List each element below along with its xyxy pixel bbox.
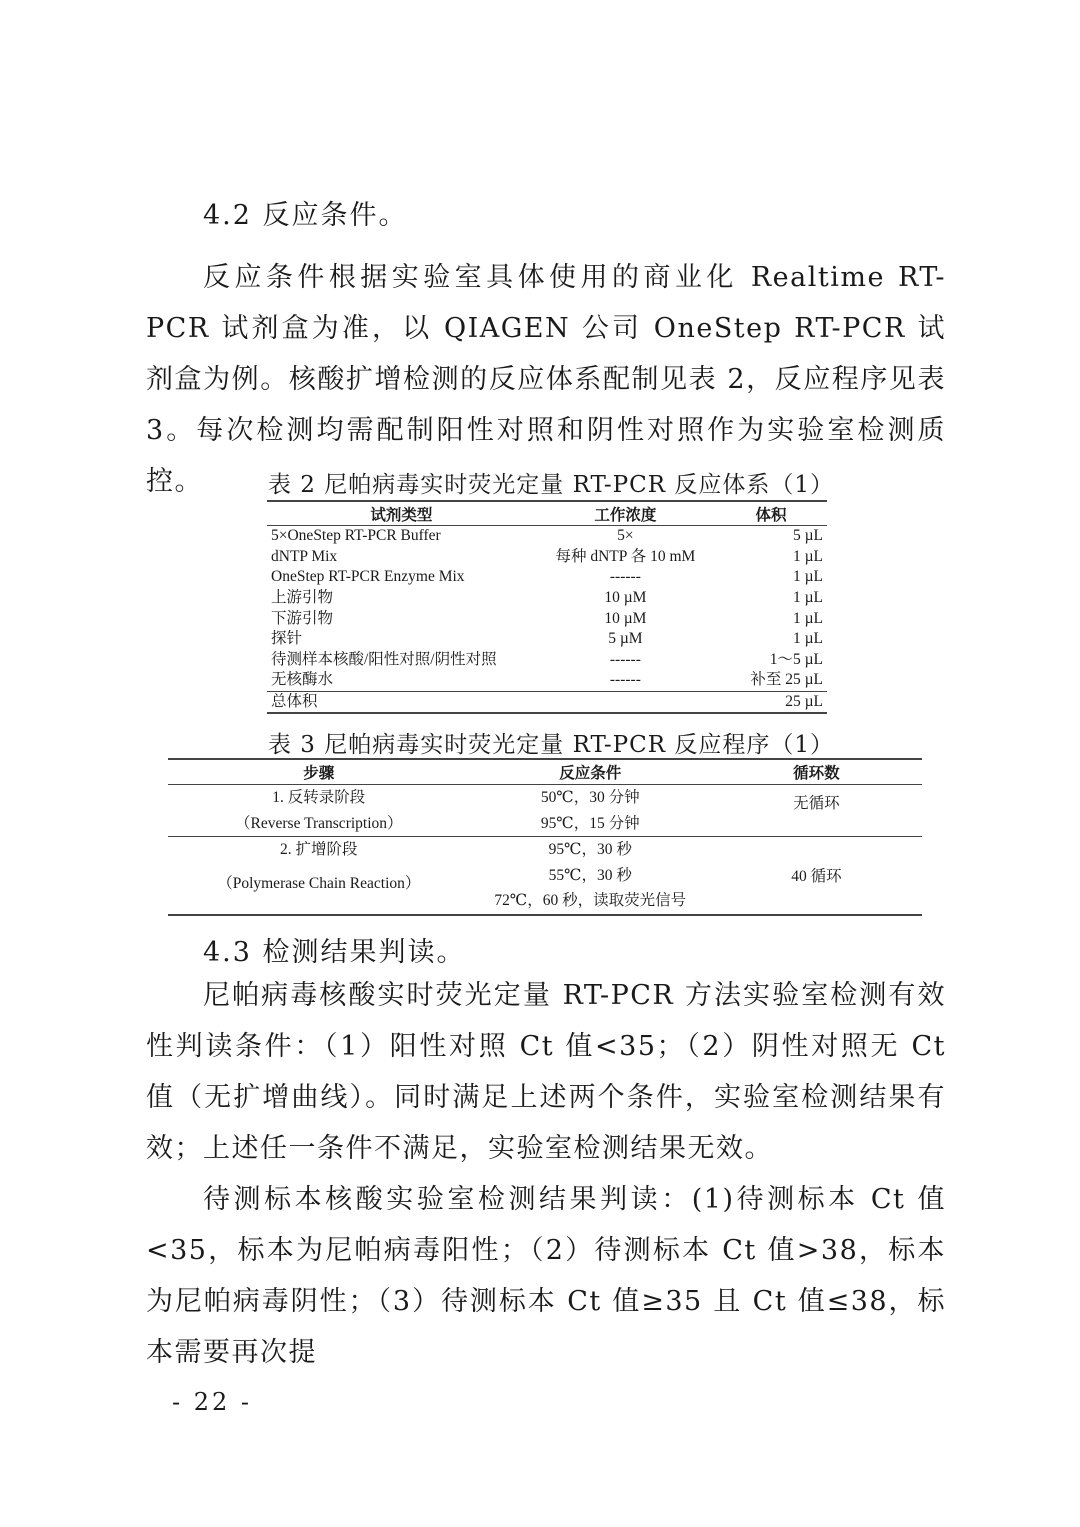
table-header-row: 试剂类型 工作浓度 体积	[267, 501, 827, 526]
table3-caption: 表 3 尼帕病毒实时荧光定量 RT-PCR 反应程序（1）	[268, 726, 834, 759]
table2-caption: 表 2 尼帕病毒实时荧光定量 RT-PCR 反应体系（1）	[268, 466, 834, 499]
column-header: 循环数	[711, 759, 922, 785]
section-heading-4-3: 4.3 检测结果判读。	[203, 930, 466, 969]
reaction-program-table: 步骤 反应条件 循环数 1. 反转录阶段 （Reverse Transcript…	[168, 758, 922, 916]
table-row: 5×OneStep RT-PCR Buffer 5× 5 µL	[267, 526, 827, 547]
column-header: 体积	[715, 501, 827, 526]
step-name: 1. 反转录阶段	[168, 785, 470, 811]
reagent-cell: 无核酶水	[267, 670, 536, 691]
volume-cell: 1 µL	[715, 547, 827, 568]
conditions-cell: 50℃，30 分钟 95℃，15 分钟	[470, 785, 711, 837]
total-label: 总体积	[267, 691, 536, 713]
condition-line: 95℃，15 分钟	[470, 811, 711, 837]
table-row: 2. 扩增阶段 （Polymerase Chain Reaction） 95℃，…	[168, 837, 922, 915]
concentration-cell: ------	[536, 567, 715, 588]
concentration-cell: 10 µM	[536, 608, 715, 629]
reagent-cell: 下游引物	[267, 608, 536, 629]
reagent-cell: 5×OneStep RT-PCR Buffer	[267, 526, 536, 547]
volume-cell: 1 µL	[715, 567, 827, 588]
section-heading-4-2: 4.2 反应条件。	[203, 193, 408, 232]
total-row: 总体积 25 µL	[267, 691, 827, 713]
volume-cell: 1 µL	[715, 588, 827, 609]
result-interpretation-paragraph: 待测标本核酸实验室检测结果判读：(1)待测标本 Ct 值<35，标本为尼帕病毒阳…	[146, 1174, 946, 1378]
condition-line: 50℃，30 分钟	[470, 785, 711, 811]
reagent-cell: 待测样本核酸/阳性对照/阴性对照	[267, 650, 536, 671]
conditions-cell: 95℃，30 秒 55℃，30 秒 72℃，60 秒，读取荧光信号	[470, 837, 711, 915]
condition-line: 72℃，60 秒，读取荧光信号	[470, 888, 711, 914]
concentration-cell: ------	[536, 650, 715, 671]
table-row: 上游引物 10 µM 1 µL	[267, 588, 827, 609]
table-row: 1. 反转录阶段 （Reverse Transcription） 50℃，30 …	[168, 785, 922, 837]
step-cell: 1. 反转录阶段 （Reverse Transcription）	[168, 785, 470, 837]
volume-cell: 1～5 µL	[715, 650, 827, 671]
concentration-cell: 5 µM	[536, 629, 715, 650]
table-row: 探针 5 µM 1 µL	[267, 629, 827, 650]
step-name: 2. 扩增阶段	[168, 837, 470, 863]
volume-cell: 补至 25 µL	[715, 670, 827, 691]
total-concentration	[536, 691, 715, 713]
table-row: OneStep RT-PCR Enzyme Mix ------ 1 µL	[267, 567, 827, 588]
column-header: 反应条件	[470, 759, 711, 785]
table-row: dNTP Mix 每种 dNTP 各 10 mM 1 µL	[267, 547, 827, 568]
total-volume: 25 µL	[715, 691, 827, 713]
reagent-cell: OneStep RT-PCR Enzyme Mix	[267, 567, 536, 588]
cycles-cell: 无循环	[711, 785, 922, 837]
table-row: 下游引物 10 µM 1 µL	[267, 608, 827, 629]
condition-line: 95℃，30 秒	[470, 837, 711, 863]
table-row: 待测样本核酸/阳性对照/阴性对照 ------ 1～5 µL	[267, 650, 827, 671]
reagent-cell: 探针	[267, 629, 536, 650]
volume-cell: 1 µL	[715, 629, 827, 650]
condition-line: 55℃，30 秒	[470, 863, 711, 889]
step-cell: 2. 扩增阶段 （Polymerase Chain Reaction）	[168, 837, 470, 915]
column-header: 工作浓度	[536, 501, 715, 526]
volume-cell: 1 µL	[715, 608, 827, 629]
column-header: 试剂类型	[267, 501, 536, 526]
reagent-cell: 上游引物	[267, 588, 536, 609]
validity-criteria-paragraph: 尼帕病毒核酸实时荧光定量 RT-PCR 方法实验室检测有效性判读条件：（1）阳性…	[146, 970, 946, 1174]
volume-cell: 5 µL	[715, 526, 827, 547]
table-header-row: 步骤 反应条件 循环数	[168, 759, 922, 785]
concentration-cell: 5×	[536, 526, 715, 547]
column-header: 步骤	[168, 759, 470, 785]
step-name-english: （Reverse Transcription）	[168, 811, 470, 837]
page-number: - 22 -	[172, 1388, 252, 1416]
concentration-cell: 10 µM	[536, 588, 715, 609]
reaction-system-table: 试剂类型 工作浓度 体积 5×OneStep RT-PCR Buffer 5× …	[267, 500, 827, 714]
concentration-cell: 每种 dNTP 各 10 mM	[536, 547, 715, 568]
reagent-cell: dNTP Mix	[267, 547, 536, 568]
concentration-cell: ------	[536, 670, 715, 691]
table-row: 无核酶水 ------ 补至 25 µL	[267, 670, 827, 691]
cycles-cell: 40 循环	[711, 837, 922, 915]
step-name-english: （Polymerase Chain Reaction）	[168, 871, 470, 897]
